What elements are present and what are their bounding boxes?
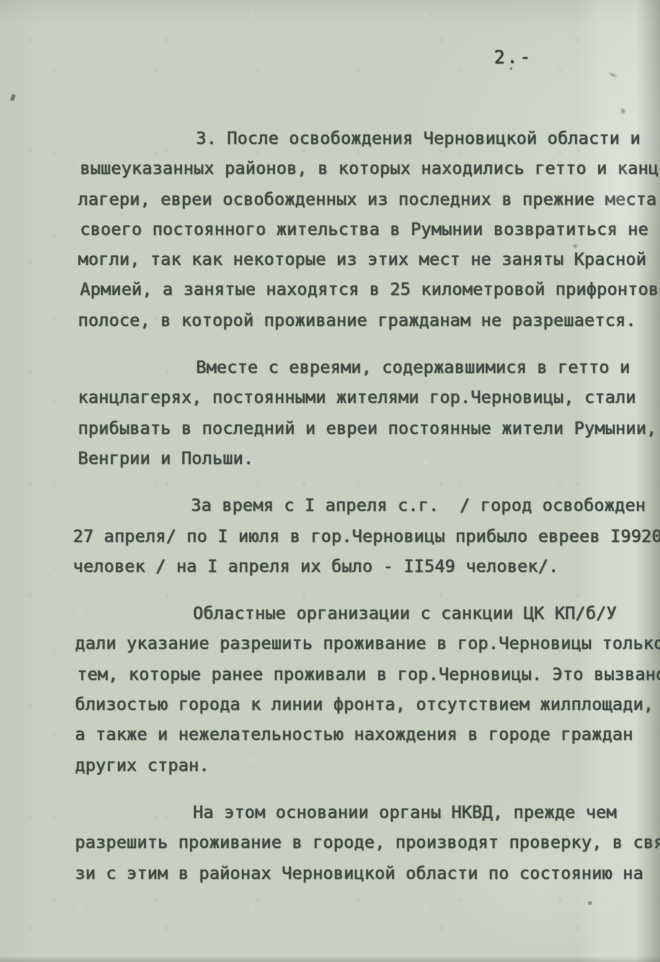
text-line: прибывать в последний и евреи постоянные… xyxy=(78,414,660,444)
page-number: 2.- xyxy=(494,47,533,69)
text-line: тем, которые ранее проживали в гор.Черно… xyxy=(77,660,660,690)
text-line: Венгрии и Польши. xyxy=(78,444,660,474)
text-line: канцлагерях, постоянными жителями гор.Че… xyxy=(78,383,660,413)
text-line: Областные организации с санкции ЦК КП/б/… xyxy=(75,599,660,629)
text-line: могли, так как некоторые из этих мест не… xyxy=(78,245,660,275)
scanned-document-page: 2.- 3. После освобождения Черновицкой об… xyxy=(0,0,660,962)
paragraph: Вместе с евреями, содержавшимися в гетто… xyxy=(78,353,660,474)
text-line: дали указание разрешить проживание в гор… xyxy=(75,629,660,659)
text-line: зи с этим в районах Черновицкой области … xyxy=(75,859,660,889)
paragraph: Областные организации с санкции ЦК КП/б/… xyxy=(75,599,660,781)
text-line: Вместе с евреями, содержавшимися в гетто… xyxy=(78,353,660,383)
text-line: вышеуказанных районов, в которых находил… xyxy=(80,154,660,184)
text-line: своего постоянного жительства в Румынии … xyxy=(80,215,660,245)
paragraph: За время с I апреля с.г. / город освобож… xyxy=(73,491,660,582)
text-line: Армией, а занятые находятся в 25 километ… xyxy=(80,275,660,305)
text-line: полосе, в которой проживание гражданам н… xyxy=(78,306,660,336)
text-line: За время с I апреля с.г. / город освобож… xyxy=(73,491,660,521)
ink-smudge xyxy=(603,67,624,84)
text-line: На этом основании органы НКВД, прежде че… xyxy=(75,798,660,828)
text-line: 27 апреля/ по I июля в гор.Черновицы при… xyxy=(73,522,660,552)
ink-blot xyxy=(617,104,630,118)
paper-speck xyxy=(10,94,16,102)
text-line: лагери, евреи освобожденных из последних… xyxy=(78,185,660,215)
text-line: других стран. xyxy=(75,751,660,781)
text-line: разрешить проживание в городе, производя… xyxy=(75,828,660,858)
text-line: 3. После освобождения Черновицкой област… xyxy=(78,124,660,154)
text-line: а также и нежелательностью нахождения в … xyxy=(75,720,660,750)
paragraph: 3. После освобождения Черновицкой област… xyxy=(78,124,660,336)
text-line: человек / на I апреля их было - II549 че… xyxy=(73,552,660,582)
paragraph: На этом основании органы НКВД, прежде че… xyxy=(75,798,660,889)
document-body: 3. После освобождения Черновицкой област… xyxy=(78,124,660,906)
text-line: близостью города к линии фронта, отсутст… xyxy=(75,690,660,720)
